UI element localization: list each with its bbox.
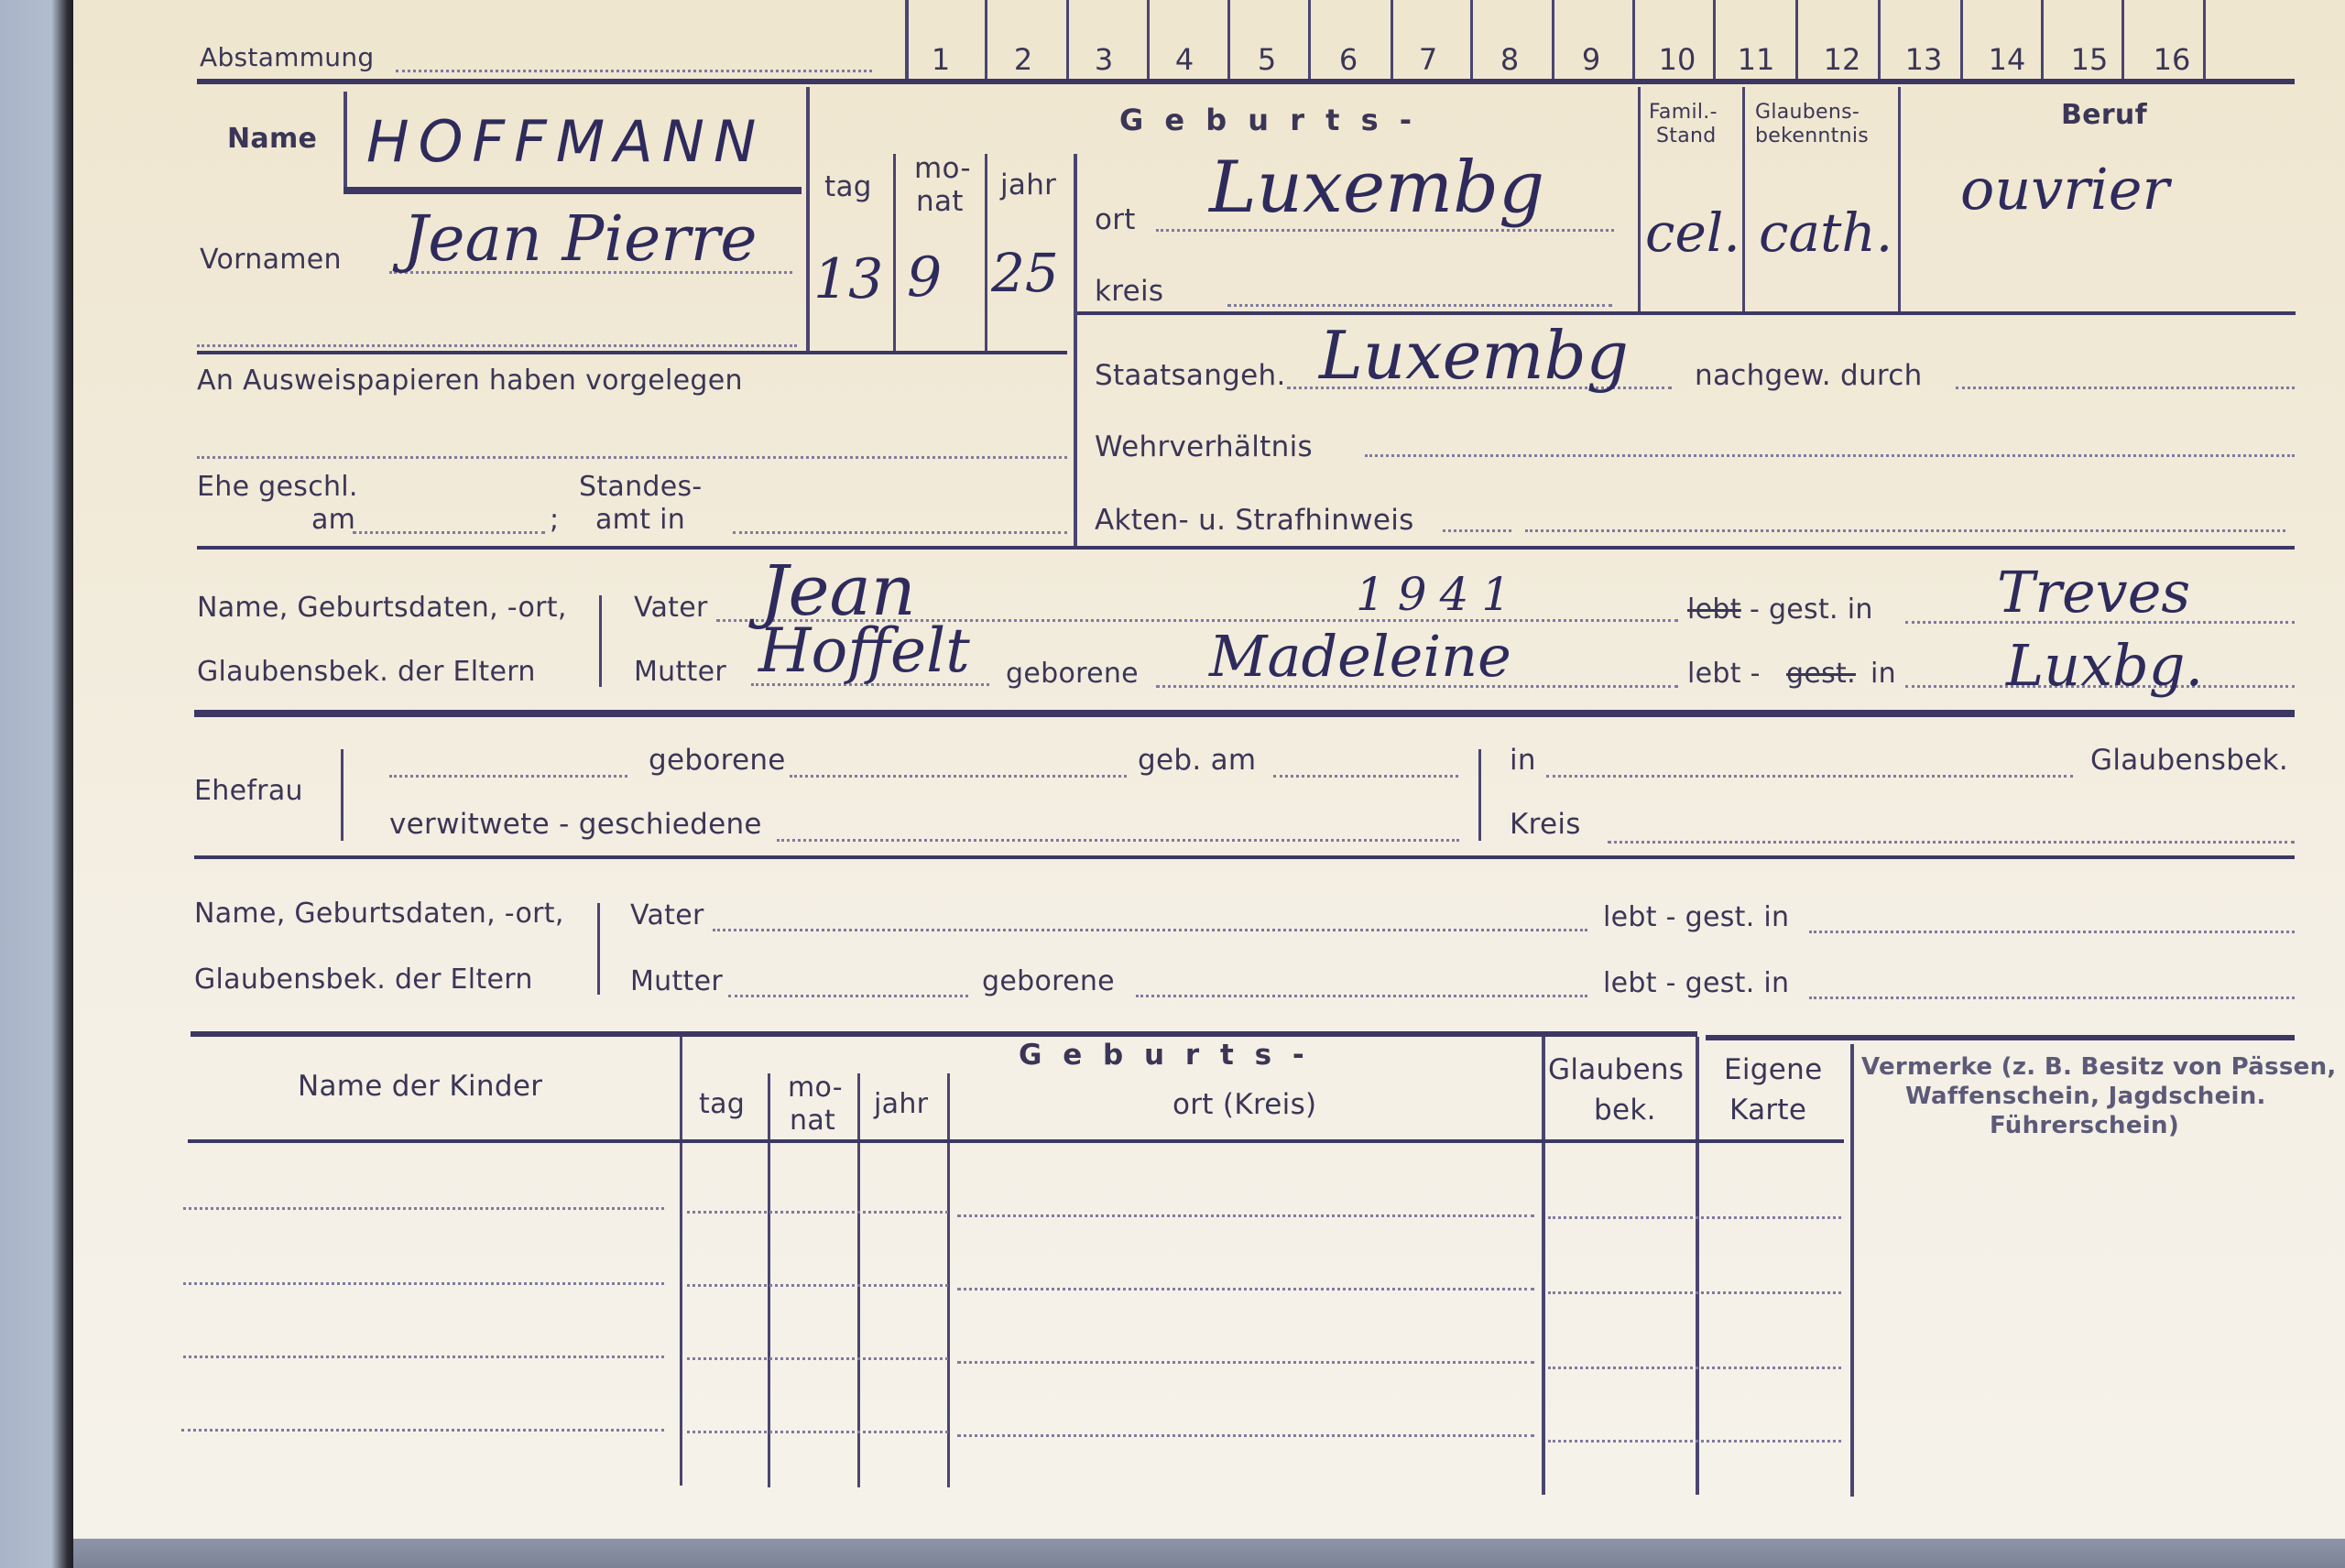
name-box-left xyxy=(344,92,347,192)
row-line xyxy=(687,1211,948,1214)
row-line xyxy=(687,1357,948,1360)
row-line xyxy=(1548,1440,1841,1443)
children-eigene-header: Eigene xyxy=(1724,1053,1822,1086)
divider xyxy=(1742,87,1745,311)
vornamen-extra-line xyxy=(197,344,797,347)
monat-value[interactable]: 9 xyxy=(907,245,942,310)
column-number: 3 xyxy=(1063,42,1145,77)
verwitwete-field[interactable] xyxy=(777,839,1459,842)
brace-icon xyxy=(1478,749,1487,841)
divider xyxy=(947,1073,950,1487)
staatsangeh-value[interactable]: Luxembg xyxy=(1319,317,1629,394)
divider xyxy=(680,1037,682,1486)
column-number: 8 xyxy=(1468,42,1551,77)
ehefrau-geborene-field[interactable] xyxy=(790,775,1127,778)
mutter-lebt: lebt - xyxy=(1687,658,1761,690)
ehefrau-name-field[interactable] xyxy=(389,775,627,778)
divider xyxy=(893,154,896,353)
abstammung-label: Abstammung xyxy=(200,42,374,72)
divider xyxy=(1795,0,1798,81)
heavy-rule xyxy=(197,79,2295,84)
children-monat-header: mo- xyxy=(788,1072,843,1104)
ehefrau-gebam-label: geb. am xyxy=(1138,744,1256,777)
row-line xyxy=(687,1431,948,1433)
column-number: 15 xyxy=(2048,42,2131,77)
kreis-field[interactable] xyxy=(1227,304,1612,307)
ehe-separator: ; xyxy=(550,504,559,536)
divider xyxy=(1632,0,1635,81)
tag-label: tag xyxy=(824,170,872,203)
row-line xyxy=(183,1282,664,1285)
vornamen-value[interactable]: Jean Pierre xyxy=(403,203,757,276)
column-number: 12 xyxy=(1801,42,1883,77)
ehefrau-in-field[interactable] xyxy=(1546,775,2073,778)
ehefrau-kreis-field[interactable] xyxy=(1608,841,2295,844)
geburts-label: G e b u r t s - xyxy=(1119,103,1417,137)
row-line xyxy=(957,1361,1534,1364)
parents2-geborene-label: geborene xyxy=(982,965,1115,997)
verwitwete-label: verwitwete - geschiedene xyxy=(389,808,762,841)
ehefrau-label: Ehefrau xyxy=(194,775,303,807)
children-geburts-header: G e b u r t s - xyxy=(1019,1039,1310,1072)
geborene-value[interactable]: Madeleine xyxy=(1209,623,1511,690)
divider xyxy=(1696,1037,1699,1495)
rule xyxy=(1077,311,2296,315)
row-line xyxy=(1548,1367,1841,1369)
staatsangeh-label: Staatsangeh. xyxy=(1095,359,1286,392)
children-glaubens-header: Glaubens xyxy=(1548,1053,1684,1086)
row-line xyxy=(1548,1291,1841,1294)
divider xyxy=(1542,1037,1545,1495)
parents-label: Name, Geburtsdaten, -ort, xyxy=(197,592,567,624)
column-number: 13 xyxy=(1882,42,1965,77)
children-glaubens-header-2: bek. xyxy=(1594,1094,1656,1127)
column-number: 1 xyxy=(900,42,982,77)
divider xyxy=(985,154,987,353)
akten-field[interactable] xyxy=(1525,529,2285,532)
row-line xyxy=(181,1429,664,1432)
parents2-mutter-label: Mutter xyxy=(630,965,723,997)
parents2-label-2: Glaubensbek. der Eltern xyxy=(194,964,533,996)
row-line xyxy=(687,1284,948,1287)
ehefrau-kreis-label: Kreis xyxy=(1510,808,1581,841)
children-karte-header: Karte xyxy=(1729,1094,1806,1127)
mutter-place[interactable]: Luxbg. xyxy=(2006,632,2203,699)
parents2-lebt-gest: lebt - gest. in xyxy=(1603,901,1789,933)
brace-icon xyxy=(599,595,607,687)
glaubens-label: Glaubens- xyxy=(1755,101,1860,124)
vermerke-label-2: Waffenschein, Jagdschein. xyxy=(1905,1083,2266,1110)
ehefrau-glaubensbek-label: Glaubensbek. xyxy=(2090,744,2288,777)
column-number: 9 xyxy=(1550,42,1632,77)
nachgew-field[interactable] xyxy=(1956,387,2295,389)
children-tag-header: tag xyxy=(699,1088,745,1120)
row-line xyxy=(957,1434,1534,1437)
column-number: 11 xyxy=(1715,42,1797,77)
brace-icon xyxy=(597,903,605,995)
wehr-label: Wehrverhältnis xyxy=(1095,430,1313,463)
nachgew-label: nachgew. durch xyxy=(1695,359,1923,392)
row-line xyxy=(183,1356,664,1358)
children-monat-header-2: nat xyxy=(790,1105,835,1137)
rule xyxy=(197,546,2295,550)
ort-value[interactable]: Luxembg xyxy=(1209,147,1544,229)
divider xyxy=(2203,0,2206,81)
divider xyxy=(2041,0,2044,81)
divider xyxy=(806,87,810,353)
rule xyxy=(194,855,2295,859)
akten-label: Akten- u. Strafhinweis xyxy=(1095,504,1414,537)
famil-value[interactable]: cel. xyxy=(1645,201,1740,264)
left-background-edge xyxy=(0,0,73,1568)
jahr-label: jahr xyxy=(1000,169,1056,201)
divider xyxy=(857,1073,860,1487)
column-number: 6 xyxy=(1307,42,1390,77)
tag-value[interactable]: 13 xyxy=(813,247,883,311)
divider xyxy=(768,1073,770,1487)
name-box-bottom xyxy=(344,187,802,194)
vater-gest: - gest. in xyxy=(1750,593,1873,626)
heavy-rule xyxy=(194,710,2295,717)
parents2-vater-field[interactable] xyxy=(713,929,1587,931)
parents2-mutter-place-field[interactable] xyxy=(1809,996,2295,999)
beruf-label: Beruf xyxy=(2061,99,2147,131)
row-line xyxy=(1548,1216,1841,1219)
children-name-header: Name der Kinder xyxy=(298,1070,542,1103)
parents2-geborene-field[interactable] xyxy=(1136,995,1587,997)
vater-lebt: lebt xyxy=(1687,593,1741,626)
divider xyxy=(2121,0,2124,81)
famil-label-2: Stand xyxy=(1656,125,1716,147)
column-number: 4 xyxy=(1143,42,1226,77)
ort-label: ort xyxy=(1095,203,1136,236)
jahr-value[interactable]: 25 xyxy=(991,242,1059,304)
ausweis-label: An Ausweispapieren haben vorgelegen xyxy=(197,365,743,397)
vermerke-label: Vermerke (z. B. Besitz von Pässen, xyxy=(1861,1053,2337,1081)
divider xyxy=(1898,87,1901,311)
ort-field xyxy=(1156,229,1614,232)
ehe-am-label: am xyxy=(311,504,355,536)
glaubens-label-2: bekenntnis xyxy=(1755,125,1869,147)
monat-label: mo- xyxy=(914,152,971,185)
mutter-label: Mutter xyxy=(634,656,726,688)
ausweis-field[interactable] xyxy=(197,456,1067,459)
standesamt-label-2: amt in xyxy=(595,504,685,536)
children-jahr-header: jahr xyxy=(874,1088,928,1120)
column-number: 5 xyxy=(1226,42,1308,77)
parents2-vater-label: Vater xyxy=(630,899,704,931)
wehr-field[interactable] xyxy=(1365,454,2295,457)
rule xyxy=(197,351,1067,354)
name-label: Name xyxy=(227,123,317,155)
famil-label: Famil.- xyxy=(1649,101,1718,124)
divider xyxy=(1638,87,1641,311)
vater-label: Vater xyxy=(634,592,708,624)
column-number: 16 xyxy=(2131,42,2213,77)
vornamen-label: Vornamen xyxy=(200,244,342,276)
column-number: 14 xyxy=(1966,42,2048,77)
abstammung-field[interactable] xyxy=(396,70,872,72)
rule xyxy=(188,1139,1844,1143)
column-number: 10 xyxy=(1636,42,1718,77)
ehe-label: Ehe geschl. xyxy=(197,471,358,503)
mutter-in: in xyxy=(1871,658,1896,690)
name-value[interactable]: HOFFMANN xyxy=(366,108,765,175)
monat-label-2: nat xyxy=(916,185,964,218)
standesamt-field[interactable] xyxy=(733,531,1067,534)
mutter-gest: gest. xyxy=(1786,658,1856,690)
row-line xyxy=(957,1288,1534,1290)
divider xyxy=(1850,1044,1854,1497)
parents-label-2: Glaubensbek. der Eltern xyxy=(197,656,536,688)
glaubens-value[interactable]: cath. xyxy=(1759,201,1892,264)
vermerke-label-3: Führerschein) xyxy=(1990,1112,2179,1139)
children-ort-header: ort (Kreis) xyxy=(1172,1088,1316,1121)
ehefrau-in-label: in xyxy=(1510,744,1536,777)
standesamt-label: Standes- xyxy=(579,471,703,503)
brace-icon xyxy=(341,749,349,841)
main-divider xyxy=(1074,154,1077,546)
row-line xyxy=(957,1214,1534,1217)
mutter-value[interactable]: Hoffelt xyxy=(758,615,970,686)
parents2-vater-place-field[interactable] xyxy=(1809,931,2295,933)
heavy-rule xyxy=(191,1031,1697,1037)
column-number: 7 xyxy=(1387,42,1469,77)
vater-place[interactable]: Treves xyxy=(1997,559,2190,626)
vater-year[interactable]: 1941 xyxy=(1356,568,1523,621)
row-line xyxy=(183,1207,664,1210)
ehe-date-field[interactable] xyxy=(353,531,545,534)
divider xyxy=(1878,0,1881,81)
geborene-label: geborene xyxy=(1006,658,1139,690)
akten-field-short[interactable] xyxy=(1443,529,1511,532)
parents2-mutter-field[interactable] xyxy=(728,995,968,997)
divider xyxy=(1960,0,1963,81)
heavy-rule xyxy=(1706,1035,2295,1040)
parents2-lebt-gest-2: lebt - gest. in xyxy=(1603,967,1789,999)
ehefrau-gebam-field[interactable] xyxy=(1273,775,1458,778)
ehefrau-geborene-label: geborene xyxy=(649,744,786,777)
beruf-value[interactable]: ouvrier xyxy=(1960,156,2169,223)
parents2-label: Name, Geburtsdaten, -ort, xyxy=(194,898,564,930)
bottom-background-edge xyxy=(73,1539,2345,1568)
kreis-label: kreis xyxy=(1095,275,1163,308)
column-number: 2 xyxy=(982,42,1064,77)
